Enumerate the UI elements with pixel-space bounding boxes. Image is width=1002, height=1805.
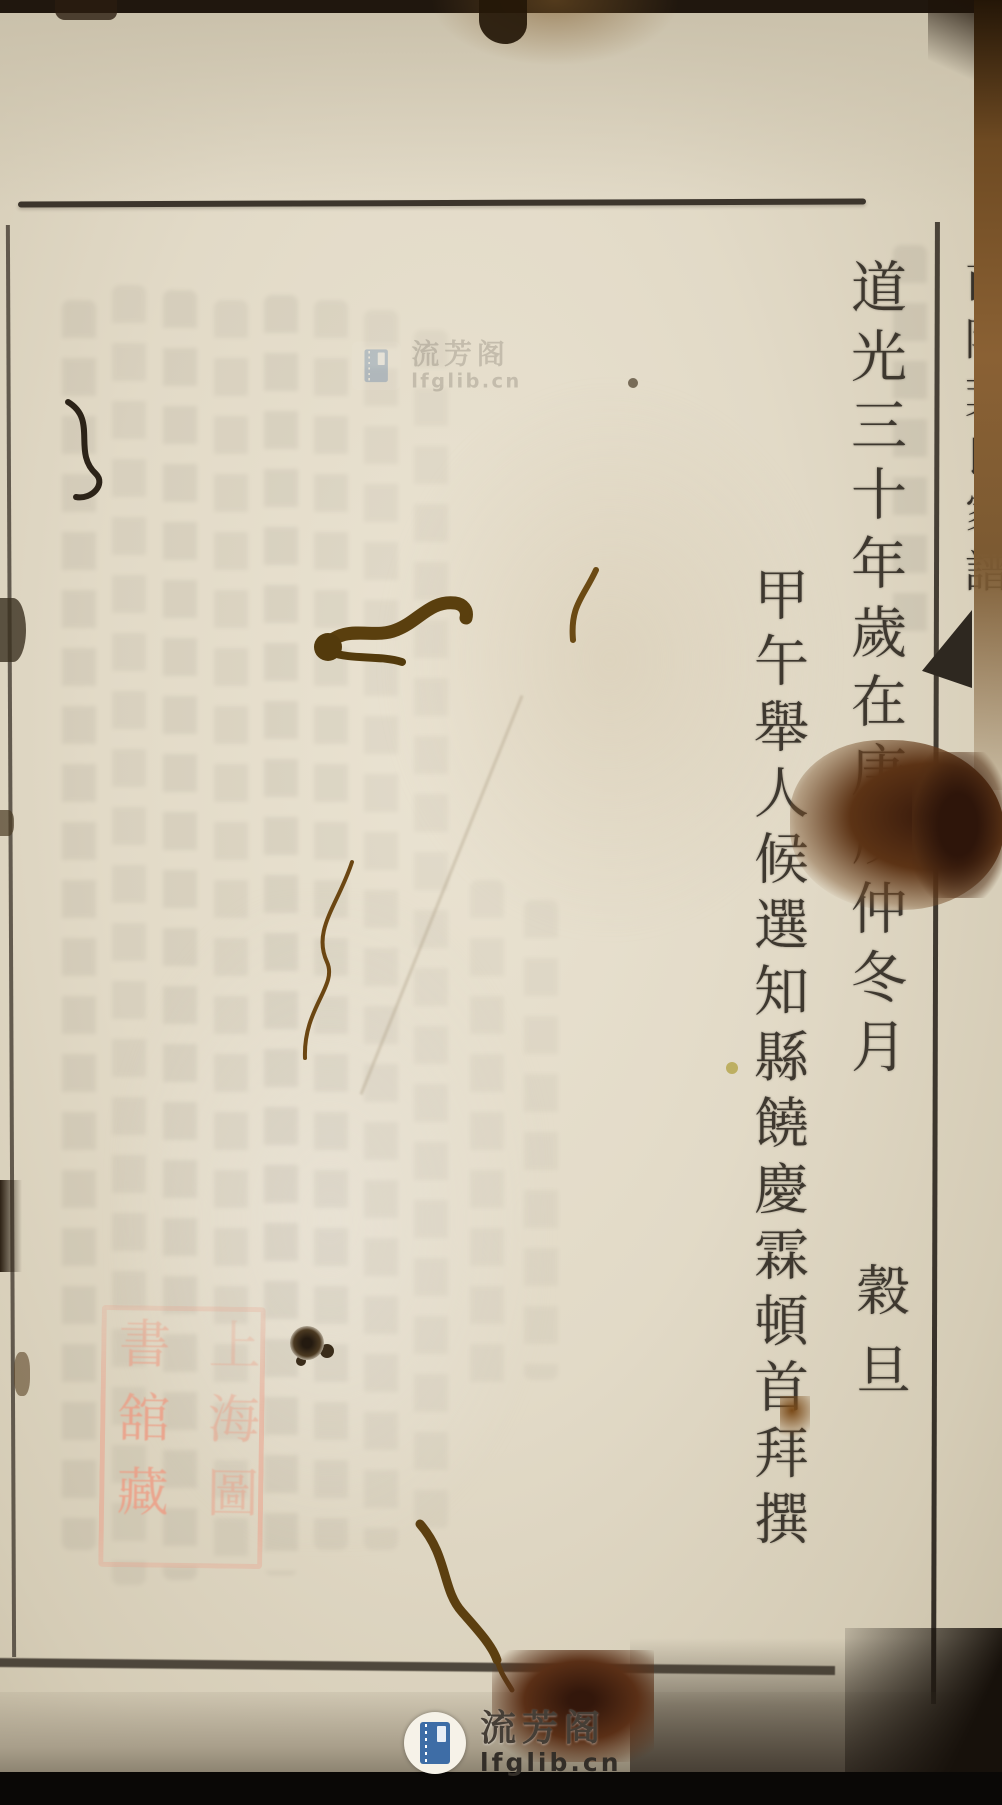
watermark-site-url: lfglib.cn [411,370,521,391]
book-icon [420,1722,450,1764]
stain-top-left [55,0,117,20]
watermark-site-name: 流芳阁 [411,340,521,370]
book-icon [364,349,387,382]
watermark-site-url: lfglib.cn [480,1749,622,1776]
stain-speck-cluster [290,1326,324,1360]
stain-left-edge [0,810,14,836]
stain-top-smear [430,0,680,66]
watermark-bottom: 流芳阁 lfglib.cn [404,1710,622,1776]
binding-edge [974,0,1002,790]
stain-dot-yellow [726,1062,738,1074]
watermark-badge [352,342,400,390]
watermark-site-name: 流芳阁 [480,1710,622,1749]
scanned-page: 南陽葉氏家譜 道光三十年歲在庚戌仲冬月 甲午舉人候選知縣饒慶霖頓首拜撰 穀旦 上… [0,0,1002,1805]
stain-left-edge [0,1180,22,1272]
stain-right-dark-core [912,752,1002,898]
stain-left-edge [0,598,26,662]
scan-bottom-bar [0,1772,1002,1805]
stain-dot [628,378,638,388]
watermark-badge [404,1712,466,1774]
stain-curl [780,1396,810,1444]
watermark-top: 流芳阁 lfglib.cn [352,340,522,391]
stain-left-edge [14,1352,30,1396]
